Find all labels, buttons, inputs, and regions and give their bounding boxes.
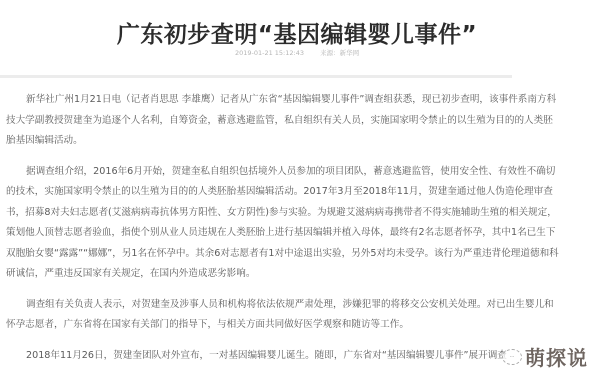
text-line: 胎基因编辑活动。 [6,131,586,152]
paragraph-3: 调查组有关负责人表示，对贺建奎及涉事人员和机构将依法依规严肃处理，涉嫌犯罪的将移… [6,295,586,336]
publish-datetime: 2019-01-21 15:12:43 [235,49,304,57]
text-line: 研诚信，严重违反国家有关规定，在国内外造成恶劣影响。 [6,264,586,285]
text-line: 双胞胎女婴“露露”“娜娜”，另1名在怀孕中。其余6对志愿者有1对中途退出实验，另… [6,244,586,265]
text-line: 技大学副教授贺建奎为追逐个人名利，自筹资金，蓄意逃避监管，私自组织有关人员，实施… [6,111,586,132]
paragraph-gap [6,336,586,346]
text-line: 策划他人顶替志愿者验血，指使个别从业人员违规在人类胚胎上进行基因编辑并植入母体，… [6,223,586,244]
header-divider [0,75,512,78]
text-line: 新华社广州1月21日电（记者肖思思 李雄鹰）记者从广东省“基因编辑婴儿事件”调查… [6,90,586,111]
watermark-text: 萌探说 [525,342,588,371]
wechat-icon: ·· [502,349,522,365]
text-line: 调查组有关负责人表示，对贺建奎及涉事人员和机构将依法依规严肃处理，涉嫌犯罪的将移… [6,295,586,316]
paragraph-gap [6,285,586,295]
article-title: 广东初步查明“基因编辑婴儿事件” [0,16,594,49]
text-line: 2018年11月26日，贺建奎团队对外宣布，一对基因编辑婴儿诞生。随即，广东省对… [6,346,586,367]
article-source: 来源：新华网 [320,49,359,57]
text-line: 书，招募8对夫妇志愿者(艾滋病病毒抗体男方阳性、女方阴性)参与实验。为规避艾滋病… [6,203,586,224]
article-body: 新华社广州1月21日电（记者肖思思 李雄鹰）记者从广东省“基因编辑婴儿事件”调查… [6,90,586,366]
text-line: 怀孕志愿者，广东省将在国家有关部门的指导下，与相关方面共同做好医学观察和随访等工… [6,315,586,336]
paragraph-1: 新华社广州1月21日电（记者肖思思 李雄鹰）记者从广东省“基因编辑婴儿事件”调查… [6,90,586,152]
paragraph-2: 据调查组介绍，2016年6月开始，贺建奎私自组织包括境外人员参加的项目团队，蓄意… [6,162,586,285]
watermark: ·· 萌探说 [502,342,588,371]
text-line: 的技术，实施国家明令禁止的以生殖为目的的人类胚胎基因编辑活动。2017年3月至2… [6,182,586,203]
paragraph-4: 2018年11月26日，贺建奎团队对外宣布，一对基因编辑婴儿诞生。随即，广东省对… [6,346,586,367]
article-meta: 2019-01-21 15:12:43 来源：新华网 [0,48,594,57]
text-line: 据调查组介绍，2016年6月开始，贺建奎私自组织包括境外人员参加的项目团队，蓄意… [6,162,586,183]
paragraph-gap [6,152,586,162]
